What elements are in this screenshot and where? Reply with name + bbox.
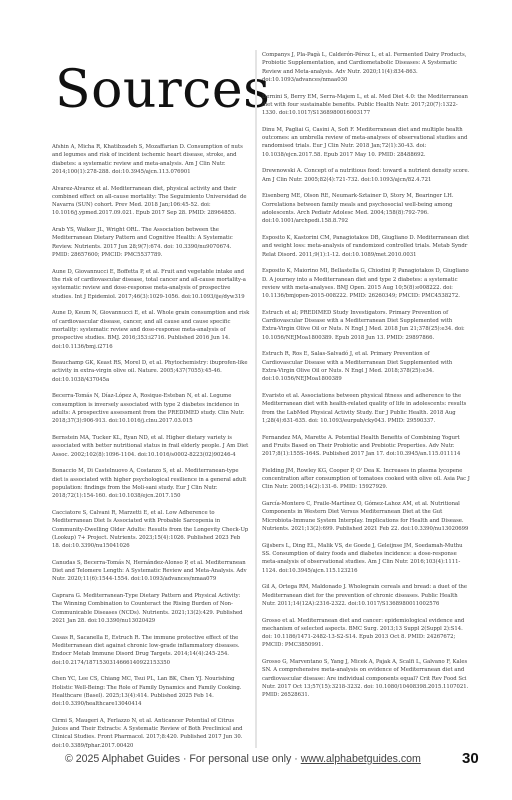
reference-entry: Caprara G. Mediterranean-Type Dietary Pa… (52, 592, 250, 625)
page-title: Sources (55, 62, 270, 118)
reference-entry: Evaristo et al. Associations between phy… (262, 392, 470, 425)
references-right-column: Companys J, Pla-Pagà L, Calderón-Pérez L… (262, 51, 470, 708)
reference-entry: Eisenberg ME, Olson RE, Neumark-Sztainer… (262, 192, 470, 225)
reference-entry: Chen YC, Lee CS, Chiang MC, Tsui PL, Lan… (52, 675, 250, 708)
reference-entry: Esposito K, Kastorini CM, Panagiotakos D… (262, 234, 470, 259)
reference-entry: Canudas S, Becerra-Tomás N, Hernández-Al… (52, 559, 250, 584)
reference-entry: Cirmi S, Maugeri A, Ferlazzo N, et al. A… (52, 717, 250, 750)
footer-text: © 2025 Alphabet Guides · For personal us… (65, 753, 421, 765)
website-link[interactable]: www.alphabetguides.com (301, 753, 421, 765)
reference-entry: Bernstein MA, Tucker KL, Ryan ND, et al.… (52, 434, 250, 459)
page-footer: © 2025 Alphabet Guides · For personal us… (0, 750, 512, 772)
reference-entry: Esposito K, Maiorino MI, Bellastella G, … (262, 267, 470, 300)
copyright-text: © 2025 Alphabet Guides · For personal us… (65, 753, 301, 765)
references-left-column: Afshin A, Micha R, Khatibzadeh S, Mozaff… (52, 143, 250, 758)
document-page: Sources Afshin A, Micha R, Khatibzadeh S… (0, 0, 512, 800)
reference-entry: Estruch et al; PREDIMED Study Investigat… (262, 309, 470, 342)
page-number: 30 (462, 750, 479, 767)
reference-entry: Fielding JM, Rowley KG, Cooper P, O' Dea… (262, 467, 470, 492)
reference-entry: Grosso G, Marventano S, Yang J, Micek A,… (262, 658, 470, 699)
reference-entry: Arab YS, Walker JL, Wright ORL. The Asso… (52, 226, 250, 259)
column-divider (255, 50, 257, 748)
reference-entry: Casas R, Sacanella E, Estruch R. The imm… (52, 634, 250, 667)
reference-entry: Companys J, Pla-Pagà L, Calderón-Pérez L… (262, 51, 470, 84)
reference-entry: Aune D, Keum N, Giovannucci E, et al. Wh… (52, 309, 250, 350)
reference-entry: Fernandez MA, Marette A. Potential Healt… (262, 434, 470, 459)
reference-entry: Estruch R, Ros E, Salas-Salvadó J, et al… (262, 350, 470, 383)
reference-entry: García-Montero C, Fraile-Martínez O, Góm… (262, 500, 470, 533)
reference-entry: Afshin A, Micha R, Khatibzadeh S, Mozaff… (52, 143, 250, 176)
reference-entry: Becerra-Tomás N, Díaz-López A, Rosique-E… (52, 392, 250, 425)
reference-entry: Aune D, Giovannucci E, Boffetta P, et al… (52, 268, 250, 301)
reference-entry: Gil A, Ortega RM, Maldonado J. Wholegrai… (262, 583, 470, 608)
reference-entry: Dernini S, Berry EM, Serra-Majem L, et a… (262, 93, 470, 118)
reference-entry: Cacciatore S, Calvani R, Marzetti E, et … (52, 509, 250, 550)
reference-entry: Drewnowski A. Concept of a nutritious fo… (262, 167, 470, 184)
reference-entry: Grosso et al. Mediterranean diet and can… (262, 617, 470, 650)
reference-entry: Bonaccio M, Di Castelnuovo A, Costanzo S… (52, 467, 250, 500)
reference-entry: Dinu M, Pagliai G, Casini A, Sofi F. Med… (262, 126, 470, 159)
reference-entry: Beauchamp GK, Keast RS, Morel D, et al. … (52, 359, 250, 384)
reference-entry: Gijsbers L, Ding EL, Malik VS, de Goede … (262, 542, 470, 575)
reference-entry: Alvarez-Alvarez et al. Mediterranean die… (52, 185, 250, 218)
